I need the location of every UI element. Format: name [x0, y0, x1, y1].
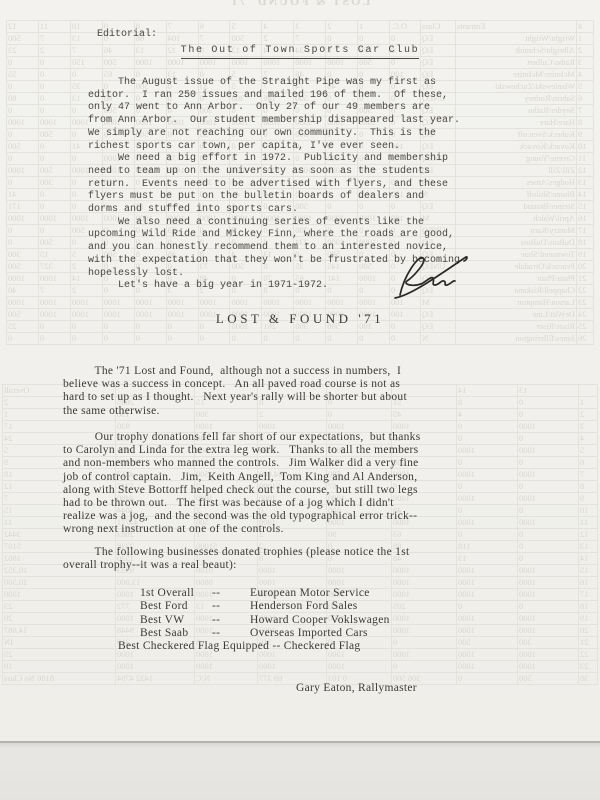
trophy-award: Best Saab	[140, 627, 212, 640]
signature-scribble-icon	[392, 250, 470, 302]
trophy-winner: Henderson Ford Sales	[250, 600, 358, 613]
trophy-list: 1st Overall--European Motor ServiceBest …	[140, 587, 390, 640]
trophy-winner: Overseas Imported Cars	[250, 627, 368, 640]
trophy-row: Best Ford--Henderson Ford Sales	[140, 600, 390, 613]
trophy-award: Best VW	[140, 614, 212, 627]
club-title-text: The Out of Town Sports Car Club	[181, 45, 420, 59]
club-title: The Out of Town Sports Car Club	[0, 45, 600, 59]
trophy-dash: --	[212, 600, 250, 613]
editorial-label: Editorial:	[97, 29, 157, 40]
lost-and-found-title: LOST & FOUND '71	[0, 311, 600, 327]
trophy-dash: --	[212, 614, 250, 627]
page-content: Editorial: The Out of Town Sports Car Cl…	[0, 0, 600, 741]
trophy-row: 1st Overall--European Motor Service	[140, 587, 390, 600]
lost-found-paragraph-1: The '71 Lost and Found, although not a s…	[63, 365, 407, 418]
scanned-page: LOST & FOUND '71 #EntrantsClassO.C.12345…	[0, 0, 600, 741]
trophy-row-checkered-flag: Best Checkered Flag Equipped -- Checkere…	[118, 640, 360, 652]
trophy-winner: European Motor Service	[250, 587, 370, 600]
trophy-award: 1st Overall	[140, 587, 212, 600]
lost-found-paragraph-2: Our trophy donations fell far short of o…	[63, 431, 420, 537]
scanner-background	[0, 741, 600, 800]
trophy-row: Best Saab--Overseas Imported Cars	[140, 627, 390, 640]
trophy-dash: --	[212, 627, 250, 640]
trophy-row: Best VW--Howard Cooper Voklswagen	[140, 614, 390, 627]
byline: Gary Eaton, Rallymaster	[296, 682, 417, 694]
trophy-winner: Howard Cooper Voklswagen	[250, 614, 390, 627]
lost-found-paragraph-3: The following businesses donated trophie…	[63, 546, 409, 572]
trophy-dash: --	[212, 587, 250, 600]
trophy-award: Best Ford	[140, 600, 212, 613]
